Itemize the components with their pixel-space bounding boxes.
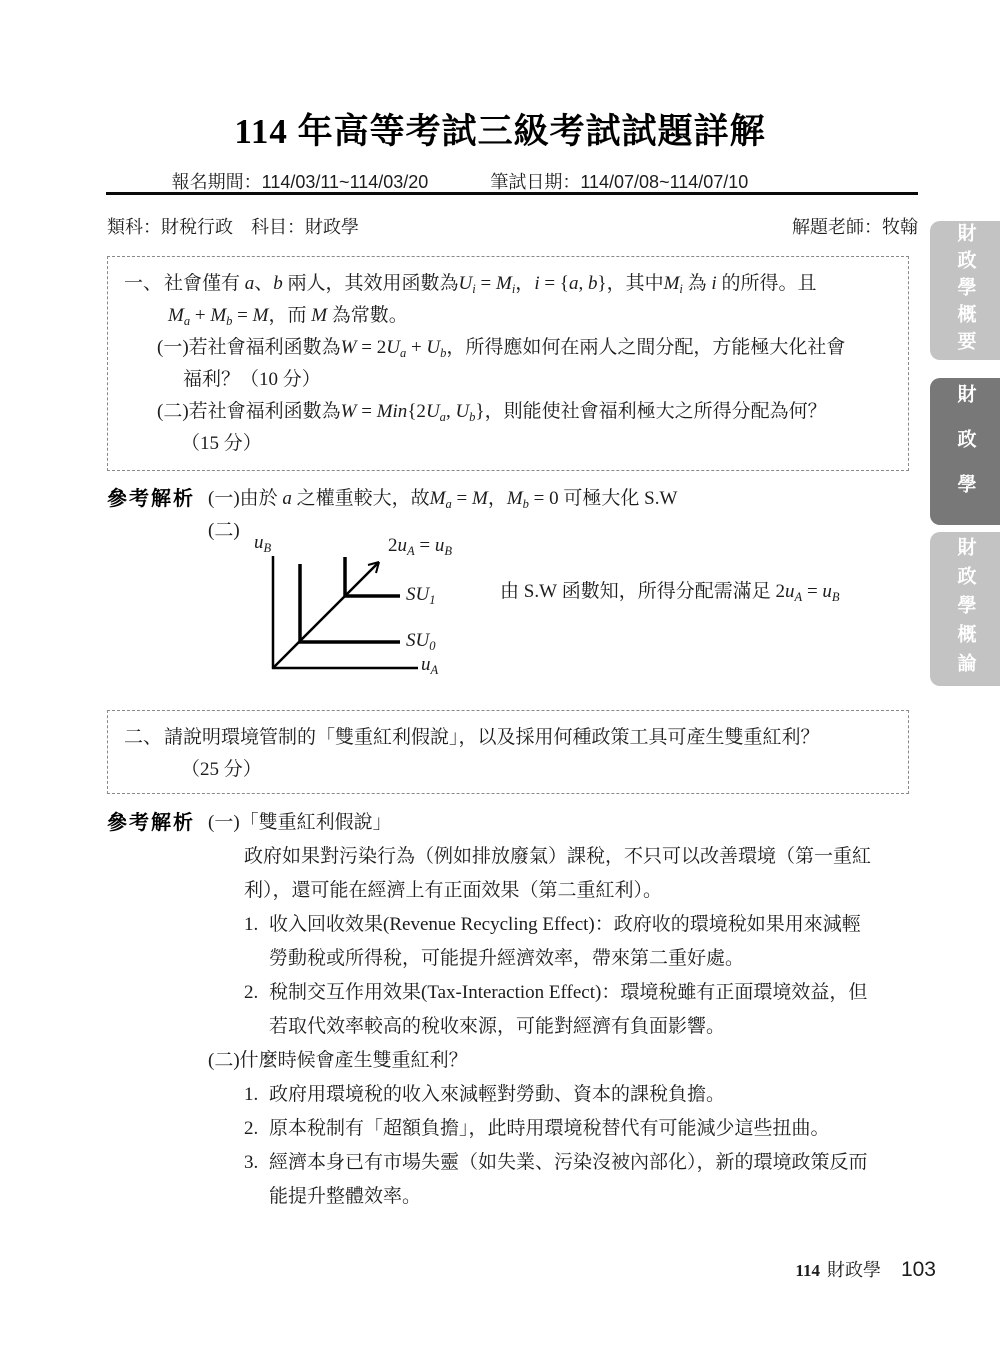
solution1-line: (二) xyxy=(107,515,937,547)
ray-label: 2uA = uB xyxy=(388,535,452,557)
footer-page-number: 103 xyxy=(901,1258,936,1282)
item-text: 稅制交互作用效果(Tax-Interaction Effect)：環境稅雖有正面… xyxy=(269,982,867,1003)
question1-line: 一、社會僅有 a、b 兩人，其效用函數為Ui = Mi，i = {a, b}，其… xyxy=(124,268,893,300)
question1-line: （15 分） xyxy=(124,428,893,460)
written-exam-date: 筆試日期：114/07/08~114/07/10 xyxy=(490,168,748,194)
question2-line: （25 分） xyxy=(124,754,893,786)
indifference-curve-SU0 xyxy=(300,564,400,642)
solution1-note: 由 S.W 函數知，所得分配需滿足 2uA = uB xyxy=(500,576,840,603)
solution2-item: 1.政府用環境稅的收入來減輕對勞動、資本的課稅負擔。 xyxy=(107,1078,937,1112)
solution2-heading: (二)什麼時候會產生雙重紅利？ xyxy=(107,1044,937,1078)
welfare-diagram: uB 2uA = uB SU1 SU0 uA xyxy=(238,532,488,704)
y-axis-label: uB xyxy=(254,532,271,554)
question1-line: (二)若社會福利函數為W = Min{2Ua, Ub}，則能使社會福利極大之所得… xyxy=(124,396,893,428)
item-number: 2. xyxy=(244,976,269,1010)
item-text: 經濟本身已有市場失靈（如失業、污染沒被內部化），新的環境政策反而 xyxy=(269,1152,868,1173)
page-title: 114 年高等考試三級考試試題詳解 xyxy=(0,104,1000,154)
solution2-paragraph: 利），還可能在經濟上有正面效果（第二重紅利）。 xyxy=(107,874,937,908)
solution2-item: 2.原本稅制有「超額負擔」，此時用環境稅替代有可能減少這些扭曲。 xyxy=(107,1112,937,1146)
question1-line: Ma + Mb = M，而 M 為常數。 xyxy=(124,300,893,332)
solver-name: 解題老師：牧翰 xyxy=(792,213,918,239)
solution1-line: (一)由於 a 之權重較大，故Ma = M，Mb = 0 可極大化 S.W xyxy=(107,483,937,515)
solution2-heading: (一)「雙重紅利假說」 xyxy=(107,806,937,840)
solution2-section: 參考解析 (一)「雙重紅利假說」 政府如果對污染行為（例如排放廢氣）課稅，不只可… xyxy=(107,806,937,1214)
question2-line: 二、請說明環境管制的「雙重紅利假說」，以及採用何種政策工具可產生雙重紅利？ xyxy=(124,722,893,754)
exam-dates-row: 報名期間：114/03/11~114/03/20 筆試日期：114/07/08~… xyxy=(0,168,920,194)
footer-subject: 財政學 xyxy=(827,1256,881,1282)
solution2-item-cont: 勞動稅或所得稅，可能提升經濟效率，帶來第二重好處。 xyxy=(107,942,937,976)
question2-text: 請說明環境管制的「雙重紅利假說」，以及採用何種政策工具可產生雙重紅利？ xyxy=(164,727,820,748)
curve0-label: SU0 xyxy=(406,630,436,652)
registration-period: 報名期間：114/03/11~114/03/20 xyxy=(172,168,429,194)
question2-number: 二、 xyxy=(124,722,164,754)
solution1-label: 參考解析 xyxy=(107,483,195,515)
category-subject: 類科：財稅行政 科目：財政學 xyxy=(107,213,359,239)
solution2-item: 2.稅制交互作用效果(Tax-Interaction Effect)：環境稅雖有… xyxy=(107,976,937,1010)
solution2-item-cont: 若取代效率較高的稅收來源，可能對經濟有負面影響。 xyxy=(107,1010,937,1044)
item-number: 3. xyxy=(244,1146,269,1180)
ray-2uA-eq-uB xyxy=(273,562,379,668)
page-footer: 114 財政學 103 xyxy=(795,1256,936,1282)
solution1-section: 參考解析 (一)由於 a 之權重較大，故Ma = M，Mb = 0 可極大化 S… xyxy=(107,483,937,547)
x-axis-label: uA xyxy=(421,654,438,676)
solution2-paragraph: 政府如果對污染行為（例如排放廢氣）課稅，不只可以改善環境（第一重紅 xyxy=(107,840,937,874)
document-page: 114 年高等考試三級考試試題詳解 報名期間：114/03/11~114/03/… xyxy=(0,0,1000,1353)
item-text: 收入回收效果(Revenue Recycling Effect)：政府收的環境稅… xyxy=(269,914,861,935)
question1-text: 社會僅有 a、b 兩人，其效用函數為Ui = Mi，i = {a, b}，其中M… xyxy=(164,273,816,294)
item-number: 1. xyxy=(244,908,269,942)
item-text: 原本稅制有「超額負擔」，此時用環境稅替代有可能減少這些扭曲。 xyxy=(269,1118,830,1139)
question2-box: 二、請說明環境管制的「雙重紅利假說」，以及採用何種政策工具可產生雙重紅利？ （2… xyxy=(107,710,909,794)
solution2-item-cont: 能提升整體效率。 xyxy=(107,1180,937,1214)
question1-line: 福利？（10 分） xyxy=(124,364,893,396)
question1-number: 一、 xyxy=(124,268,164,300)
solution2-label: 參考解析 xyxy=(107,806,195,840)
curve1-label: SU1 xyxy=(406,584,436,606)
question1-line: (一)若社會福利函數為W = 2Ua + Ub，所得應如何在兩人之間分配，方能極… xyxy=(124,332,893,364)
sidebar-tab-0: 財政學概要 xyxy=(930,221,1000,360)
solution2-item: 1.收入回收效果(Revenue Recycling Effect)：政府收的環… xyxy=(107,908,937,942)
solution2-item: 3.經濟本身已有市場失靈（如失業、污染沒被內部化），新的環境政策反而 xyxy=(107,1146,937,1180)
header-divider xyxy=(106,192,918,195)
sidebar-tab-1: 財政學 xyxy=(930,378,1000,525)
item-number: 1. xyxy=(244,1078,269,1112)
item-text: 政府用環境稅的收入來減輕對勞動、資本的課稅負擔。 xyxy=(269,1084,725,1105)
footer-year: 114 xyxy=(795,1261,820,1281)
meta-row: 類科：財稅行政 科目：財政學 解題老師：牧翰 xyxy=(107,213,918,239)
question1-box: 一、社會僅有 a、b 兩人，其效用函數為Ui = Mi，i = {a, b}，其… xyxy=(107,256,909,471)
sidebar-tab-2: 財政學概論 xyxy=(930,532,1000,686)
item-number: 2. xyxy=(244,1112,269,1146)
